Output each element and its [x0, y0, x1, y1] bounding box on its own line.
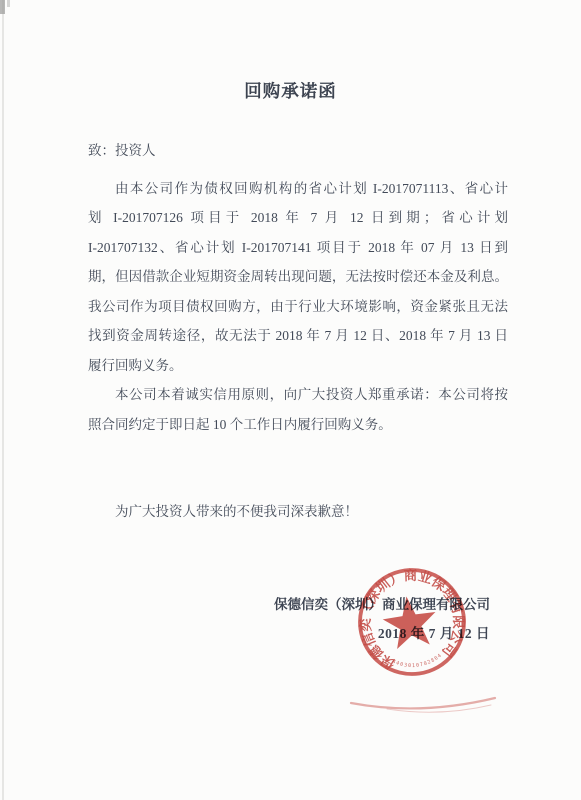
letter-body: 致：投资人 由本公司作为债权回购机构的省心计划 I-2017071113、省心计… [88, 136, 508, 527]
apology-line: 为广大投资人带来的不便我司深表歉意！ [88, 497, 508, 527]
scan-corner-mark [0, 0, 5, 14]
body-line: 我公司作为项目债权回购方，由于行业大环境影响，资金紧张且无法 [88, 292, 508, 322]
company-name: 保德信奕（深圳）商业保理有限公司 [274, 590, 490, 619]
scan-edge-artifact [2, 0, 4, 800]
body-line: 本公司本着诚实信用原则，向广大投资人郑重承诺：本公司将按 [88, 380, 508, 410]
letter-title: 回购承诺函 [0, 78, 581, 103]
signature-date: 2018 年 7 月 12 日 [274, 619, 490, 648]
scan-corner-mark-2 [7, 0, 10, 7]
body-line: 找到资金周转途径，故无法于 2018 年 7 月 12 日、2018 年 7 月… [88, 321, 508, 351]
letter-page: 回购承诺函 致：投资人 由本公司作为债权回购机构的省心计划 I-20170711… [0, 0, 581, 800]
seal-serial-number: 4403010702804 [391, 652, 445, 672]
body-line: 由本公司作为债权回购机构的省心计划 I-2017071113、省心计 [88, 174, 508, 204]
svg-text:4403010702804: 4403010702804 [391, 652, 445, 672]
salutation-line: 致：投资人 [88, 136, 508, 166]
paragraph-2: 本公司本着诚实信用原则，向广大投资人郑重承诺：本公司将按 照合同约定于即日起 1… [88, 380, 508, 439]
body-line: I-201707132、省心计划 I-201707141 项目于 2018 年 … [88, 233, 508, 263]
body-line: 期，但因借款企业短期资金周转出现问题，无法按时偿还本金及利息。 [88, 262, 508, 292]
seal-ink-smudge [345, 694, 500, 720]
body-line: 照合同约定于即日起 10 个工作日内履行回购义务。 [88, 410, 508, 440]
body-line: 划 I-201707126 项目于 2018 年 7 月 12 日到期；省心计划 [88, 203, 508, 233]
paragraph-1: 由本公司作为债权回购机构的省心计划 I-2017071113、省心计 划 I-2… [88, 174, 508, 381]
signature-block: 保德信奕（深圳）商业保理有限公司 2018 年 7 月 12 日 [274, 590, 490, 648]
body-line: 履行回购义务。 [88, 351, 508, 381]
